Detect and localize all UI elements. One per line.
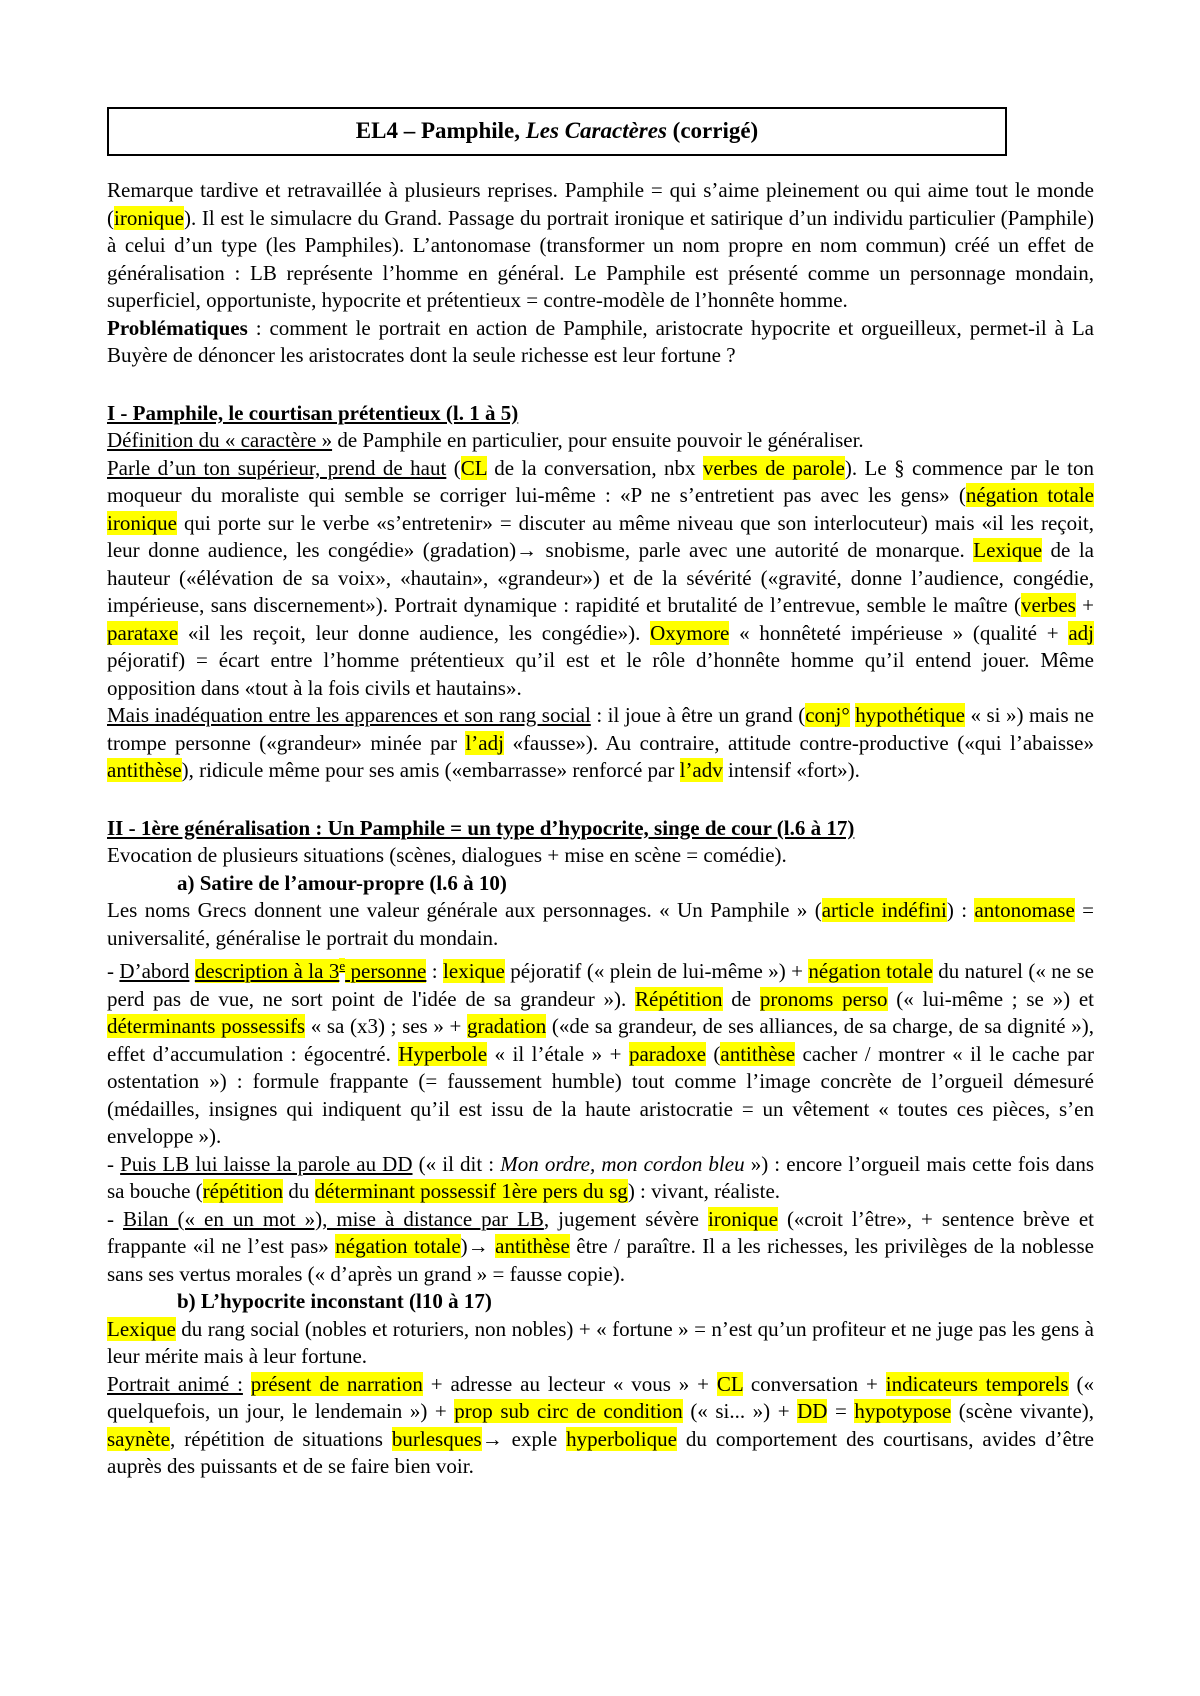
highlighted-text-segment: présent de narration (251, 1372, 423, 1396)
text-segment: )→ (461, 1234, 495, 1258)
text-segment: , répétition de situations (170, 1427, 392, 1451)
text-segment: de (723, 987, 760, 1011)
text-segment: «fausse»). Au contraire, attitude contre… (504, 731, 1094, 755)
text-segment: du rang social (nobles et roturiers, non… (107, 1317, 1094, 1369)
subsection-b-heading: b) L’hypocrite inconstant (l10 à 17) (107, 1288, 1094, 1316)
puis-lb-paragraph: - Puis LB lui laisse la parole au DD (« … (107, 1151, 1094, 1206)
text-segment: → exple (482, 1427, 566, 1451)
highlighted-text-segment: ironique (107, 511, 177, 535)
text-segment: D’abord (119, 959, 189, 983)
text-segment: + (1076, 593, 1094, 617)
highlighted-text-segment: indicateurs temporels (886, 1372, 1069, 1396)
highlighted-text-segment: l’adj (465, 731, 503, 755)
text-segment: + adresse au lecteur « vous » + (423, 1372, 717, 1396)
text-segment: = (827, 1399, 854, 1423)
highlighted-text-segment: répétition (203, 1179, 283, 1203)
text-segment: Bilan (« en un mot »), mise à distance p… (123, 1207, 544, 1231)
text-segment: : (426, 959, 443, 983)
text-segment: Mon ordre, mon cordon bleu (500, 1152, 744, 1176)
text-segment: Mais inadéquation entre les apparences e… (107, 703, 591, 727)
definition-paragraph: Définition du « caractère » de Pamphile … (107, 427, 1094, 455)
text-segment: - (107, 1152, 120, 1176)
highlighted-text-segment: Oxymore (650, 621, 729, 645)
highlighted-text-segment: Lexique (973, 538, 1042, 562)
text-segment: de la conversation, nbx (487, 456, 703, 480)
text-segment: ), ridicule même pour ses amis («embarra… (182, 758, 680, 782)
highlighted-text-segment: saynète (107, 1427, 170, 1451)
text-segment: : comment le portrait en action de Pamph… (107, 316, 1094, 368)
text-segment: a) Satire de l’amour-propre (l.6 à 10) (177, 871, 507, 895)
highlighted-text-segment: antithèse (107, 758, 182, 782)
highlighted-text-segment: lexique (443, 959, 505, 983)
text-segment: « sa (x3) ; ses » + (305, 1014, 467, 1038)
lexique-rang-paragraph: Lexique du rang social (nobles et roturi… (107, 1316, 1094, 1371)
text-segment: Evocation de plusieurs situations (scène… (107, 843, 787, 867)
highlighted-text-segment: conj° (805, 703, 850, 727)
highlighted-text-segment: DD (797, 1399, 827, 1423)
highlighted-text-segment: négation totale (335, 1234, 460, 1258)
highlighted-text-segment: verbes (1021, 593, 1076, 617)
highlighted-text-segment: CL (461, 456, 487, 480)
text-segment: «il les reçoit, leur donne audience, les… (178, 621, 650, 645)
document-body: Remarque tardive et retravaillée à plusi… (107, 177, 1094, 1481)
highlighted-text-segment: paradoxe (629, 1042, 706, 1066)
highlighted-text-segment: déterminants possessifs (107, 1014, 305, 1038)
highlighted-text-segment: pronoms perso (760, 987, 888, 1011)
evocation-paragraph: Evocation de plusieurs situations (scène… (107, 842, 1094, 870)
text-segment: du (283, 1179, 315, 1203)
bilan-paragraph: - Bilan (« en un mot »), mise à distance… (107, 1206, 1094, 1289)
highlighted-text-segment: prop sub circ de condition (454, 1399, 682, 1423)
subsection-a-heading: a) Satire de l’amour-propre (l.6 à 10) (107, 870, 1094, 898)
highlighted-text-segment: déterminant possessif 1ère pers du sg (315, 1179, 628, 1203)
text-segment: « il l’étale » + (487, 1042, 629, 1066)
document-title: EL4 – Pamphile, Les Caractères (corrigé) (356, 118, 758, 143)
document-title-box: EL4 – Pamphile, Les Caractères (corrigé) (107, 107, 1007, 156)
section-2-heading: II - 1ère généralisation : Un Pamphile =… (107, 815, 1094, 843)
highlighted-text-segment: négation totale (966, 483, 1094, 507)
text-segment: II - 1ère généralisation : Un Pamphile =… (107, 816, 854, 840)
text-segment: Définition du « caractère » (107, 428, 332, 452)
text-segment (243, 1372, 251, 1396)
highlighted-text-segment: Répétition (635, 987, 723, 1011)
highlighted-text-segment: ironique (708, 1207, 778, 1231)
text-segment: ) : vivant, réaliste. (628, 1179, 780, 1203)
problematique-paragraph: Problématiques : comment le portrait en … (107, 315, 1094, 370)
text-segment: (scène vivante), (951, 1399, 1094, 1423)
text-segment: ) : (947, 898, 975, 922)
text-segment: (« si... ») + (683, 1399, 797, 1423)
text-segment: intensif «fort»). (723, 758, 860, 782)
text-segment: Les noms Grecs donnent une valeur généra… (107, 898, 822, 922)
text-segment: (« lui-même ; se ») et (888, 987, 1094, 1011)
text-segment: , jugement sévère (544, 1207, 708, 1231)
text-segment: Portrait animé : (107, 1372, 243, 1396)
text-segment: Problématiques (107, 316, 248, 340)
highlighted-text-segment: parataxe (107, 621, 178, 645)
text-segment: de Pamphile en particulier, pour ensuite… (332, 428, 864, 452)
text-segment: « honnêteté impérieuse » (qualité + (729, 621, 1068, 645)
highlighted-text-segment: burlesques (392, 1427, 482, 1451)
section-1-heading: I - Pamphile, le courtisan prétentieux (… (107, 400, 1094, 428)
highlighted-text-segment: verbes de parole (703, 456, 845, 480)
intro-paragraph: Remarque tardive et retravaillée à plusi… (107, 177, 1094, 315)
highlighted-text-segment: antonomase (974, 898, 1074, 922)
text-segment: péjoratif (« plein de lui-même ») + (505, 959, 809, 983)
text-segment: Parle d’un ton supérieur, prend de haut (107, 456, 446, 480)
highlighted-text-segment: hypotypose (854, 1399, 951, 1423)
text-segment: péjoratif) = écart entre l’homme prétent… (107, 648, 1094, 700)
text-segment: - (107, 959, 119, 983)
text-segment: ( (706, 1042, 721, 1066)
parle-ton-superieur-paragraph: Parle d’un ton supérieur, prend de haut … (107, 455, 1094, 703)
text-segment: conversation + (743, 1372, 886, 1396)
text-segment: ). Il est le simulacre du Grand. Passage… (107, 206, 1094, 313)
text-segment: : il joue à être un grand ( (591, 703, 805, 727)
highlighted-text-segment: antithèse (495, 1234, 570, 1258)
text-segment (189, 959, 194, 983)
noms-grecs-paragraph: Les noms Grecs donnent une valeur généra… (107, 897, 1094, 952)
highlighted-text-segment: description à la 3 (195, 959, 340, 983)
highlighted-text-segment: Hyperbole (398, 1042, 487, 1066)
document-page: EL4 – Pamphile, Les Caractères (corrigé)… (0, 0, 1200, 1481)
text-segment: EL4 – Pamphile, (356, 118, 526, 143)
text-segment: Les Caractères (526, 118, 667, 143)
text-segment: ( (446, 456, 460, 480)
portrait-anime-paragraph: Portrait animé : présent de narration + … (107, 1371, 1094, 1481)
highlighted-text-segment: hypothétique (855, 703, 965, 727)
dabord-description-paragraph: - D’abord description à la 3e personne :… (107, 952, 1094, 1151)
highlighted-text-segment: gradation (467, 1014, 546, 1038)
text-segment: qui porte sur le verbe «s’entretenir» = … (107, 511, 1094, 563)
highlighted-text-segment: article indéfini (822, 898, 947, 922)
text-segment: - (107, 1207, 123, 1231)
text-segment: Puis LB lui laisse la parole au DD (120, 1152, 412, 1176)
highlighted-text-segment: l’adv (680, 758, 723, 782)
text-segment: b) L’hypocrite inconstant (l10 à 17) (177, 1289, 492, 1313)
highlighted-text-segment: CL (717, 1372, 743, 1396)
text-segment: (corrigé) (667, 118, 758, 143)
text-segment: (« il dit : (413, 1152, 501, 1176)
inadequation-paragraph: Mais inadéquation entre les apparences e… (107, 702, 1094, 785)
highlighted-text-segment: adj (1068, 621, 1094, 645)
text-segment: I - Pamphile, le courtisan prétentieux (… (107, 401, 518, 425)
highlighted-text-segment: Lexique (107, 1317, 176, 1341)
highlighted-text-segment: antithèse (720, 1042, 795, 1066)
highlighted-text-segment: hyperbolique (566, 1427, 677, 1451)
highlighted-text-segment: personne (345, 959, 426, 983)
highlighted-text-segment: ironique (114, 206, 184, 230)
highlighted-text-segment: négation totale (808, 959, 932, 983)
